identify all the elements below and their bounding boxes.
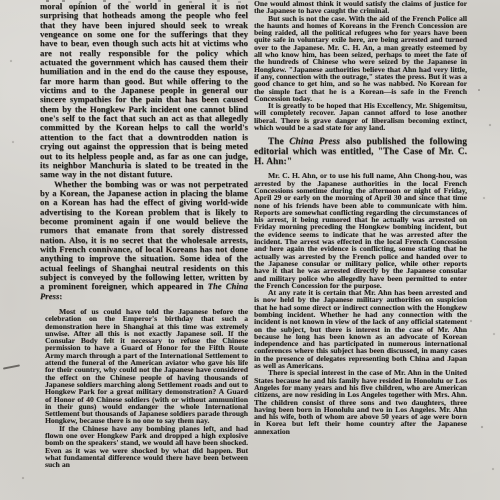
quoted-letter-block: Most of us could have told the Japanese … [40,308,248,469]
body-paragraph-continuation: moral opinion of the world in general it… [40,2,248,180]
body-paragraph-colon: : [59,291,62,301]
letter-paragraph: If the Chinese have any bombing planes l… [45,425,248,469]
editorial-paragraph: Mr. C. H. Ahn, or to use his full name, … [254,172,467,289]
body-paragraph-text: Whether the bombing was or was not perpe… [40,179,248,292]
quoted-editorial-block: Mr. C. H. Ahn, or to use his full name, … [254,172,467,435]
pencil-mark [3,364,20,370]
editorial-paragraph: At any rate it is certain that Mr. Ahn h… [254,289,467,369]
publication-name-italic: China Press [289,137,340,147]
editorial-intro-text: The [268,137,289,147]
left-column: moral opinion of the world in general it… [40,2,248,469]
letter-paragraph: But such is not the case. With the aid o… [254,15,467,103]
scanned-newspaper-page: moral opinion of the world in general it… [0,0,500,500]
editorial-intro-paragraph: The China Press also published the follo… [254,137,467,167]
editorial-paragraph: There is special interest in the case of… [254,369,467,435]
letter-paragraph: One would almost think it would satisfy … [254,0,467,15]
body-paragraph: Whether the bombing was or was not perpe… [40,180,248,301]
scan-noise-specks [478,89,480,91]
letter-paragraph: It is greatly to be hoped that His Excel… [254,102,467,131]
letter-paragraph: Most of us could have told the Japanese … [45,308,248,425]
right-column: One would almost think it would satisfy … [254,0,467,435]
quoted-letter-continuation-block: One would almost think it would satisfy … [254,0,467,131]
